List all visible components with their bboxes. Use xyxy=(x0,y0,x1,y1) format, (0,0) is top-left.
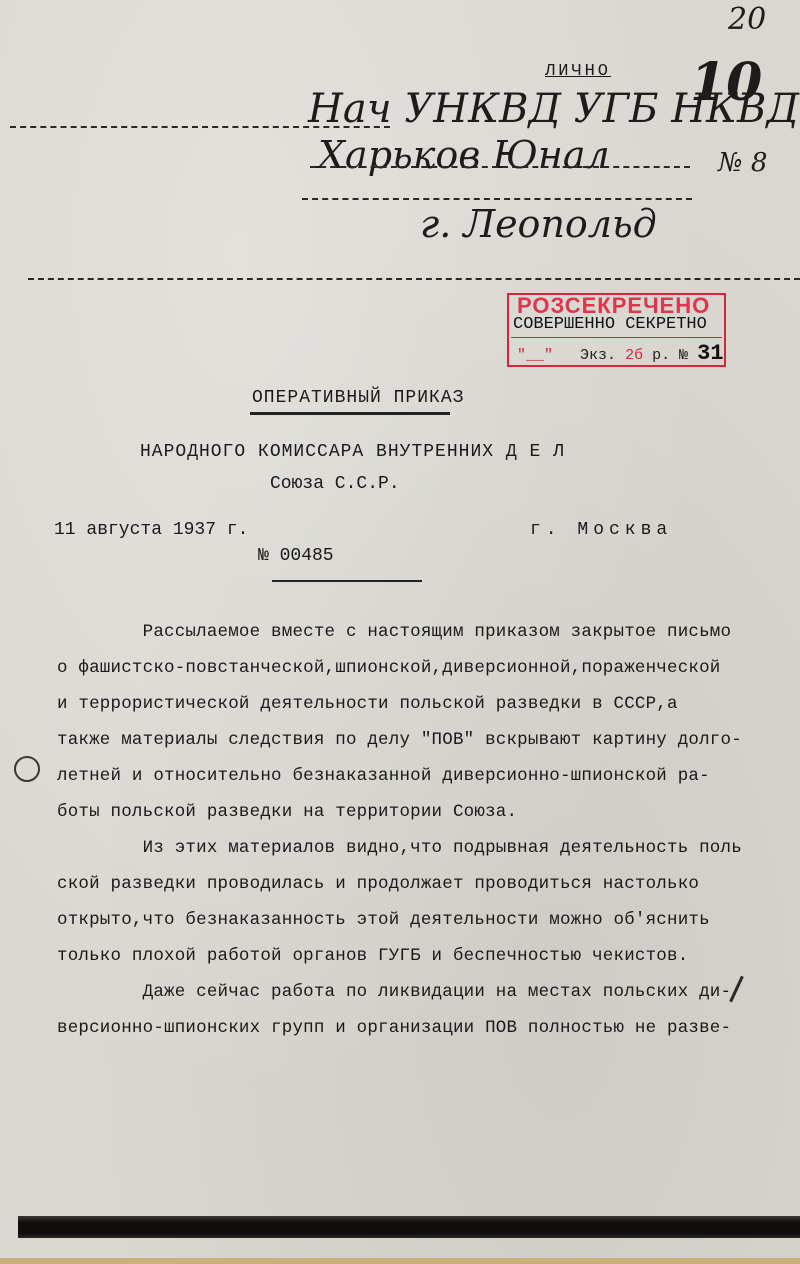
body-line: Из этих материалов видно,что подрывная д… xyxy=(57,838,742,858)
stamp-quote-marks: "__" xyxy=(517,347,553,364)
personal-marking: ЛИЧНО xyxy=(545,62,611,81)
stamp-rule xyxy=(511,337,722,338)
addressee-suffix: № 8 xyxy=(718,148,767,178)
document-date: 11 августа 1937 г. xyxy=(54,520,248,540)
copy-number-row: "__" Экз. 2б р. № 31 xyxy=(517,341,724,366)
copy-handwritten: 2б xyxy=(625,347,643,364)
body-line: также материалы следствия по делу "ПОВ" … xyxy=(57,730,742,750)
bottom-edge-shadow xyxy=(18,1216,800,1238)
archive-sheet-number: 20 xyxy=(728,2,766,37)
order-number: № 00485 xyxy=(258,546,334,566)
addressee-underline-2 xyxy=(310,166,690,168)
body-line: и террористической деятельности польской… xyxy=(57,694,678,714)
copy-number: 31 xyxy=(697,341,723,366)
document-city: г. Москва xyxy=(530,520,672,540)
title-underline xyxy=(250,412,450,415)
addressee-line-2: Харьков Юнал xyxy=(318,133,610,177)
issuer: НАРОДНОГО КОМИССАРА ВНУТРЕННИХ Д Е Л xyxy=(140,442,565,462)
classification-stamp: РОЗСЕКРЕЧЕНО СОВЕРШЕННО СЕКРЕТНО "__" Эк… xyxy=(507,293,726,367)
document-page: 20 10 ЛИЧНО Нач УНКВД УГБ НКВД Харьков Ю… xyxy=(0,0,800,1264)
body-line: летней и относительно безнаказанной диве… xyxy=(57,766,710,786)
body-line: ской разведки проводилась и продолжает п… xyxy=(57,874,699,894)
punch-hole xyxy=(14,756,40,782)
addressee-underline-1 xyxy=(10,126,390,128)
body-line: Даже сейчас работа по ликвидации на мест… xyxy=(57,982,731,1002)
body-line: Рассылаемое вместе с настоящим приказом … xyxy=(57,622,731,642)
copy-separator: р. № xyxy=(652,347,688,364)
body-line: боты польской разведки на территории Сою… xyxy=(57,802,517,822)
body-line: версионно-шпионских групп и организации … xyxy=(57,1018,731,1038)
addressee-underline-3 xyxy=(302,198,692,200)
union-name: Союза С.С.Р. xyxy=(270,474,400,494)
addressee-line-3: г. Леопольд xyxy=(420,202,657,246)
order-number-underline xyxy=(272,580,422,582)
separator-line xyxy=(28,278,800,280)
margin-pen-mark xyxy=(729,976,744,1003)
film-edge xyxy=(0,1258,800,1264)
document-title: ОПЕРАТИВНЫЙ ПРИКАЗ xyxy=(252,388,464,408)
body-line: только плохой работой органов ГУГБ и бес… xyxy=(57,946,688,966)
body-line: о фашистско-повстанческой,шпионской,диве… xyxy=(57,658,721,678)
classification-text: СОВЕРШЕННО СЕКРЕТНО xyxy=(513,315,707,334)
copy-label: Экз. xyxy=(580,347,616,364)
body-line: открыто,что безнаказанность этой деятель… xyxy=(57,910,710,930)
